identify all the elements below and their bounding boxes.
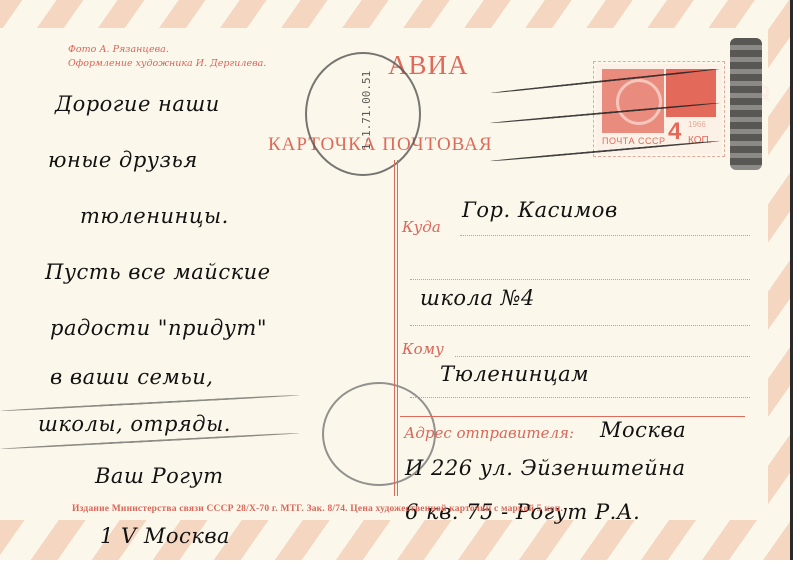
message-line: юные друзья: [48, 148, 198, 172]
stamp-country: ПОЧТА СССР: [602, 136, 665, 146]
cancel-block: [730, 38, 762, 170]
address-line: [455, 356, 750, 357]
label-to-whom: Кому: [402, 340, 444, 358]
message-line: тюленинцы.: [80, 204, 229, 228]
message-line: Дорогие наши: [55, 92, 220, 116]
address-line: [460, 235, 750, 236]
message-line: в ваши семьи,: [50, 365, 213, 389]
postmark-date: 1-1.71.00.51: [360, 71, 373, 150]
address-line: [410, 397, 750, 398]
recipient-name: Тюленинцам: [440, 362, 589, 386]
publisher-footer: Издание Министерства связи СССР 28/X-70 …: [72, 504, 563, 514]
label-to-where: Куда: [402, 218, 441, 236]
label-sender: Адрес отправителя:: [404, 424, 574, 442]
address-line: [410, 325, 750, 326]
address-line: [410, 279, 750, 280]
credit-design: Оформление художника И. Дергилева.: [68, 57, 266, 71]
stamp-symbol-panel: ☭: [666, 69, 716, 117]
signature: Ваш Рогут: [95, 464, 224, 488]
stamp-year: 1966: [688, 120, 706, 129]
photo-credits: Фото А. Рязанцева. Оформление художника …: [68, 43, 266, 71]
sender-rule: [400, 416, 745, 417]
postmark-moscow: 1-1.71.00.51: [305, 52, 421, 176]
message-date: 1 V Москва: [100, 524, 230, 548]
ussr-coat-of-arms-icon: [616, 79, 662, 125]
message-line: Пусть все майские: [45, 260, 271, 284]
stamp-value: 4: [668, 118, 681, 146]
address-divider: [394, 160, 398, 496]
message-line: школы, отряды.: [38, 412, 231, 436]
sender-street: И 226 ул. Эйзенштейна: [405, 456, 686, 480]
message-line: радости "придут": [50, 316, 267, 340]
address-school: школа №4: [420, 286, 535, 310]
sender-city: Москва: [600, 418, 686, 442]
credit-photo: Фото А. Рязанцева.: [68, 43, 266, 57]
postcard: Фото А. Рязанцева. Оформление художника …: [0, 0, 793, 560]
address-city: Гор. Касимов: [462, 198, 618, 222]
